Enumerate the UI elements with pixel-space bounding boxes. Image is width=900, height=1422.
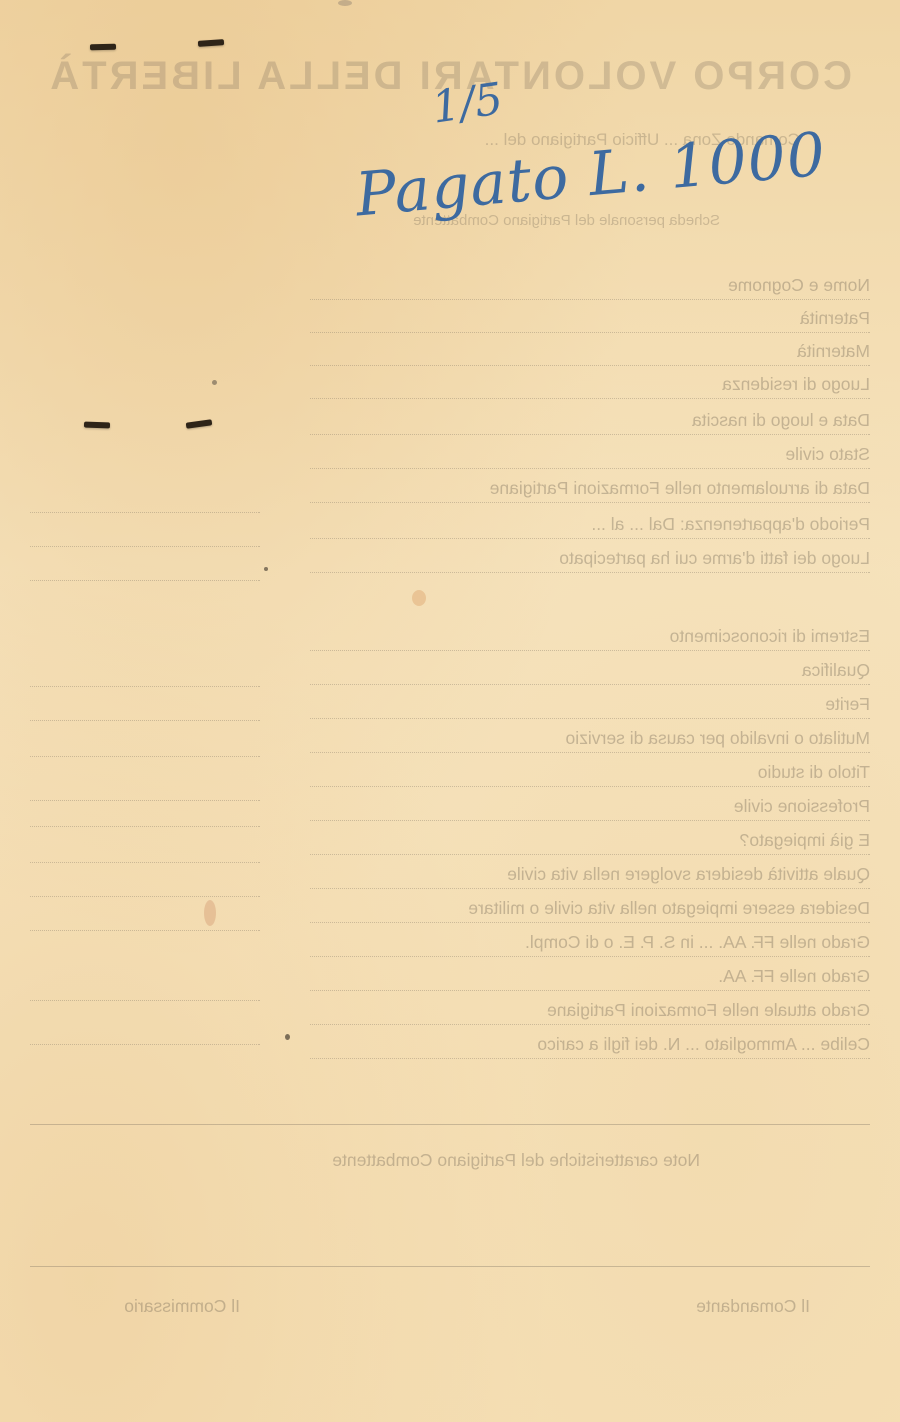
signature-right-label: Il Commissario	[124, 1296, 240, 1317]
form-field-label: E già impiegato?	[740, 830, 870, 851]
value-line	[30, 800, 260, 801]
form-field-line	[310, 1024, 870, 1025]
divider-rule	[30, 1266, 870, 1267]
form-field-line	[310, 434, 870, 435]
staple-mark	[84, 422, 110, 429]
speck-mark	[212, 380, 217, 385]
value-line	[30, 546, 260, 547]
value-line	[30, 896, 260, 897]
form-field-label: Paternità	[800, 308, 870, 329]
form-field-line	[310, 572, 870, 573]
value-line	[30, 580, 260, 581]
form-field-label: Estremi di riconoscimento	[670, 626, 870, 647]
form-field-label: Quale attività desidera svolgere nella v…	[507, 864, 870, 885]
value-line	[30, 686, 260, 687]
signature-left-label: Il Comandante	[696, 1296, 810, 1317]
form-field-line	[310, 752, 870, 753]
speck-mark	[285, 1034, 290, 1040]
form-field-label: Data e luogo di nascita	[692, 410, 870, 431]
value-line	[30, 862, 260, 863]
divider-rule	[30, 1124, 870, 1125]
form-field-label: Maternità	[797, 341, 870, 362]
form-field-label: Luogo dei fatti d'arme cui ha partecipat…	[559, 548, 870, 569]
form-field-line	[310, 786, 870, 787]
value-line	[30, 512, 260, 513]
form-field-label: Periodo d'appartenenza: Dal ... al ...	[591, 514, 870, 535]
form-field-line	[310, 922, 870, 923]
value-line	[30, 720, 260, 721]
form-field-line	[310, 468, 870, 469]
form-field-label: Celibe ... Ammogliato ... N. dei figli a…	[537, 1034, 870, 1055]
staple-mark	[90, 44, 116, 50]
form-field-line	[310, 684, 870, 685]
form-field-label: Desidera essere impiegato nella vita civ…	[468, 898, 870, 919]
form-field-line	[310, 332, 870, 333]
form-field-line	[310, 299, 870, 300]
form-field-label: Data di arruolamento nelle Formazioni Pa…	[490, 478, 870, 499]
form-field-line	[310, 1058, 870, 1059]
form-field-label: Grado nelle FF. AA.	[718, 966, 870, 987]
form-field-label: Qualifica	[802, 660, 870, 681]
form-field-label: Ferite	[825, 694, 870, 715]
speck-mark	[264, 567, 268, 571]
stain-mark	[412, 590, 426, 606]
form-field-line	[310, 398, 870, 399]
value-line	[30, 1044, 260, 1045]
form-field-line	[310, 502, 870, 503]
form-field-label: Stato civile	[785, 444, 870, 465]
value-line	[30, 756, 260, 757]
form-field-line	[310, 888, 870, 889]
form-field-line	[310, 854, 870, 855]
form-field-line	[310, 820, 870, 821]
stain-mark	[204, 900, 216, 926]
value-line	[30, 826, 260, 827]
scanned-document-page: CORPO VOLONTARI DELLA LIBERTÀ Comando Zo…	[0, 0, 900, 1422]
handwritten-fraction: 1/5	[429, 73, 506, 133]
form-note-label: Note caratteristiche del Partigiano Comb…	[332, 1150, 700, 1171]
form-field-line	[310, 956, 870, 957]
speck-mark	[338, 0, 352, 6]
form-field-line	[310, 650, 870, 651]
form-field-label: Professione civile	[734, 796, 870, 817]
form-field-label: Titolo di studio	[758, 762, 870, 783]
form-field-line	[310, 990, 870, 991]
form-field-label: Grado attuale nelle Formazioni Partigian…	[547, 1000, 870, 1021]
form-field-label: Nome e Cognome	[728, 275, 870, 296]
form-field-label: Mutilato o invalido per causa di servizi…	[566, 728, 870, 749]
form-field-line	[310, 365, 870, 366]
value-line	[30, 1000, 260, 1001]
form-field-label: Grado nelle FF. AA. ... in S. P. E. o di…	[525, 932, 870, 953]
value-line	[30, 930, 260, 931]
form-field-label: Luogo di residenza	[722, 374, 870, 395]
form-field-line	[310, 538, 870, 539]
form-field-line	[310, 718, 870, 719]
